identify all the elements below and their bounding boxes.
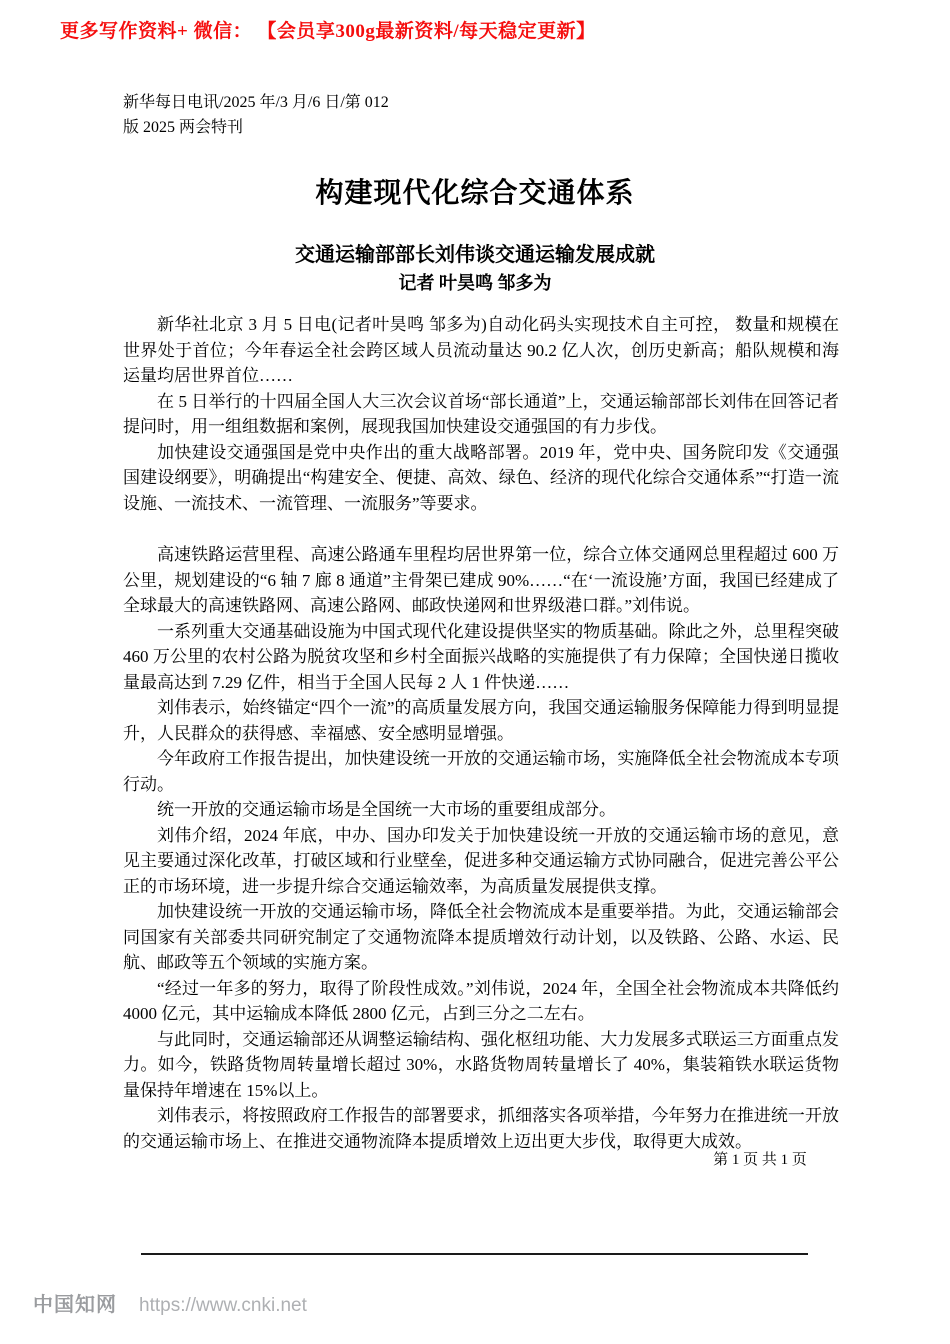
publication-source-line1: 新华每日电讯/2025 年/3 月/6 日/第 012	[123, 90, 643, 115]
article-paragraph: 在 5 日举行的十四届全国人大三次会议首场“部长通道”上，交通运输部部长刘伟在回…	[123, 389, 839, 440]
article-paragraph: 新华社北京 3 月 5 日电(记者叶昊鸣 邹多为)自动化码头实现技术自主可控， …	[123, 312, 839, 389]
article-paragraph: 加快建设统一开放的交通运输市场，降低全社会物流成本是重要举措。为此，交通运输部会…	[123, 899, 839, 976]
article-paragraph: 刘伟介绍，2024 年底，中办、国办印发关于加快建设统一开放的交通运输市场的意见…	[123, 823, 839, 900]
article-subtitle: 交通运输部部长刘伟谈交通运输发展成就	[0, 238, 950, 267]
page-number: 第 1 页 共 1 页	[700, 1148, 820, 1169]
article-paragraph: 刘伟表示，始终锚定“四个一流”的高质量发展方向，我国交通运输服务保障能力得到明显…	[123, 695, 839, 746]
cnki-watermark: 中国知网 https://www.cnki.net	[33, 1288, 307, 1317]
article-paragraph: 与此同时，交通运输部还从调整运输结构、强化枢纽功能、大力发展多式联运三方面重点发…	[123, 1027, 839, 1104]
article-paragraph: “经过一年多的努力，取得了阶段性成效。”刘伟说，2024 年，全国全社会物流成本…	[123, 976, 839, 1027]
article-title: 构建现代化综合交通体系	[0, 171, 950, 211]
footer-divider-line	[141, 1253, 808, 1255]
article-paragraph: 加快建设交通强国是党中央作出的重大战略部署。2019 年，党中央、国务院印发《交…	[123, 440, 839, 517]
promo-banner: 更多写作资料+ 微信： 【会员享300g最新资料/每天稳定更新】	[60, 16, 596, 43]
cnki-logo-text: 中国知网	[33, 1288, 117, 1317]
publication-source: 新华每日电讯/2025 年/3 月/6 日/第 012 版 2025 两会特刊	[123, 90, 643, 140]
cnki-url: https://www.cnki.net	[139, 1295, 307, 1317]
article-paragraph: 今年政府工作报告提出，加快建设统一开放的交通运输市场，实施降低全社会物流成本专项…	[123, 746, 839, 797]
article-paragraph: 统一开放的交通运输市场是全国统一大市场的重要组成部分。	[123, 797, 839, 823]
article-paragraph: 高速铁路运营里程、高速公路通车里程均居世界第一位，综合立体交通网总里程超过 60…	[123, 542, 839, 619]
article-body: 新华社北京 3 月 5 日电(记者叶昊鸣 邹多为)自动化码头实现技术自主可控， …	[123, 312, 839, 1154]
article-paragraph: 一系列重大交通基础设施为中国式现代化建设提供坚实的物质基础。除此之外，总里程突破…	[123, 619, 839, 696]
article-paragraph: 刘伟表示，将按照政府工作报告的部署要求，抓细落实各项举措，今年努力在推进统一开放…	[123, 1103, 839, 1154]
publication-source-line2: 版 2025 两会特刊	[123, 115, 643, 140]
article-byline: 记者 叶昊鸣 邹多为	[0, 269, 950, 295]
